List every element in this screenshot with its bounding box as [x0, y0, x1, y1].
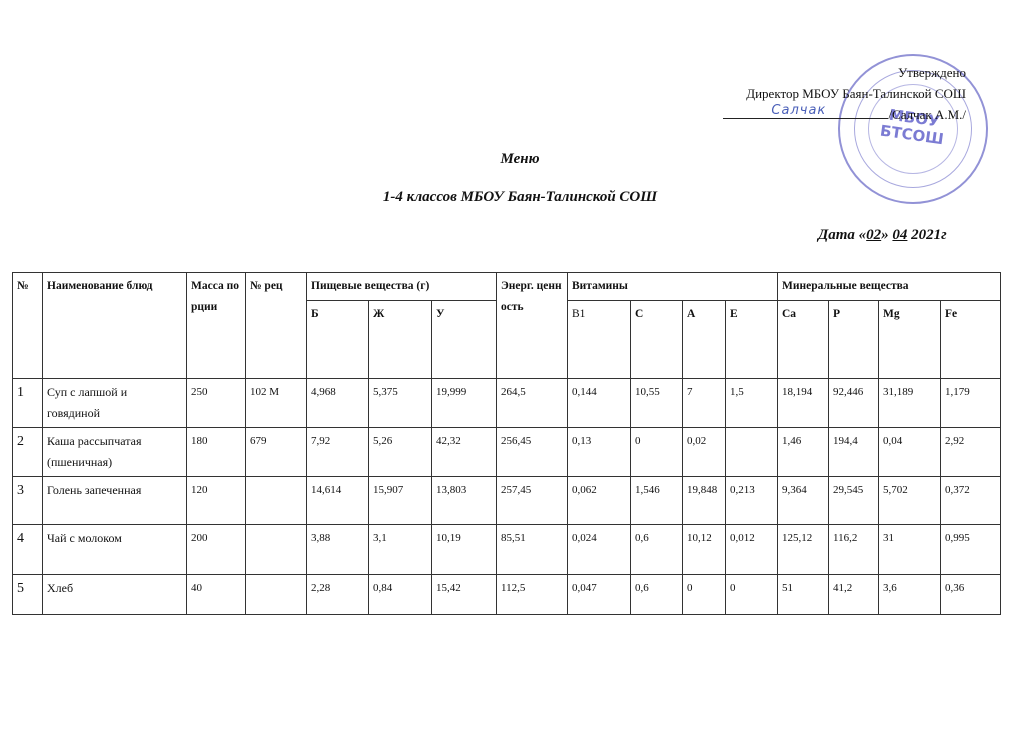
min-ca: 1,46 — [778, 428, 829, 477]
recipe — [246, 525, 307, 575]
table-row: 1 Суп с лапшой и говядиной 250 102 М 4,9… — [13, 379, 1001, 428]
min-ca: 18,194 — [778, 379, 829, 428]
table-row: 5 Хлеб 40 2,28 0,84 15,42 112,5 0,047 0,… — [13, 575, 1001, 615]
fat: 0,84 — [369, 575, 432, 615]
date-month: 04 — [892, 227, 907, 243]
col-b1-header: B1 — [568, 301, 631, 379]
date-mid: » — [881, 227, 892, 243]
col-p-header: P — [829, 301, 879, 379]
energy: 112,5 — [497, 575, 568, 615]
date-prefix: Дата « — [818, 227, 866, 243]
mass: 200 — [187, 525, 246, 575]
vit-e — [726, 428, 778, 477]
vit-a: 10,12 — [683, 525, 726, 575]
fat: 5,375 — [369, 379, 432, 428]
row-num: 2 — [13, 428, 43, 477]
row-num: 5 — [13, 575, 43, 615]
min-p: 29,545 — [829, 477, 879, 525]
signature-line: Салчак /Салчак А.М./ — [723, 104, 966, 125]
nutrients-group-header: Пищевые вещества (г) — [307, 273, 497, 301]
menu-table: № Наименование блюд Масса порции № рец П… — [12, 272, 1001, 615]
col-ca-header: Ca — [778, 301, 829, 379]
vit-c: 0 — [631, 428, 683, 477]
min-mg: 31 — [879, 525, 941, 575]
approved-label: Утверждено — [723, 62, 966, 83]
carbs: 13,803 — [432, 477, 497, 525]
min-p: 116,2 — [829, 525, 879, 575]
carbs: 42,32 — [432, 428, 497, 477]
col-carbs-header: У — [432, 301, 497, 379]
carbs: 19,999 — [432, 379, 497, 428]
signer-name: /Салчак А.М./ — [888, 107, 966, 122]
approval-block: Утверждено Директор МБОУ Баян-Талинской … — [723, 62, 966, 125]
page-subtitle: 1-4 классов МБОУ Баян-Талинской СОШ — [0, 189, 1024, 206]
fat: 5,26 — [369, 428, 432, 477]
col-protein-header: Б — [307, 301, 369, 379]
minerals-group-header: Минеральные вещества — [778, 273, 1001, 301]
min-fe: 2,92 — [941, 428, 1001, 477]
fat: 3,1 — [369, 525, 432, 575]
dish-name: Чай с молоком — [43, 525, 187, 575]
dish-name: Суп с лапшой и говядиной — [43, 379, 187, 428]
vit-c: 0,6 — [631, 525, 683, 575]
vit-e: 1,5 — [726, 379, 778, 428]
protein: 14,614 — [307, 477, 369, 525]
vit-c: 0,6 — [631, 575, 683, 615]
carbs: 10,19 — [432, 525, 497, 575]
vitamins-group-header: Витамины — [568, 273, 778, 301]
energy: 257,45 — [497, 477, 568, 525]
row-num: 1 — [13, 379, 43, 428]
min-fe: 1,179 — [941, 379, 1001, 428]
protein: 2,28 — [307, 575, 369, 615]
dish-name: Каша рассыпчатая (пшеничная) — [43, 428, 187, 477]
vit-a: 19,848 — [683, 477, 726, 525]
col-e-header: E — [726, 301, 778, 379]
col-fat-header: Ж — [369, 301, 432, 379]
min-p: 92,446 — [829, 379, 879, 428]
table-row: 3 Голень запеченная 120 14,614 15,907 13… — [13, 477, 1001, 525]
vit-c: 10,55 — [631, 379, 683, 428]
menu-date: Дата «02» 04 2021г — [818, 227, 947, 244]
carbs: 15,42 — [432, 575, 497, 615]
recipe: 679 — [246, 428, 307, 477]
fat: 15,907 — [369, 477, 432, 525]
mass: 250 — [187, 379, 246, 428]
header-row: № Наименование блюд Масса порции № рец П… — [13, 273, 1001, 301]
col-mg-header: Mg — [879, 301, 941, 379]
min-p: 41,2 — [829, 575, 879, 615]
vit-e: 0,012 — [726, 525, 778, 575]
mass: 180 — [187, 428, 246, 477]
min-mg: 5,702 — [879, 477, 941, 525]
vit-e: 0,213 — [726, 477, 778, 525]
vit-a: 0,02 — [683, 428, 726, 477]
col-fe-header: Fe — [941, 301, 1001, 379]
row-num: 3 — [13, 477, 43, 525]
min-ca: 51 — [778, 575, 829, 615]
energy: 85,51 — [497, 525, 568, 575]
energy: 256,45 — [497, 428, 568, 477]
date-year: 2021г — [907, 227, 946, 243]
director-position: Директор МБОУ Баян-Талинской СОШ — [723, 83, 966, 104]
row-num: 4 — [13, 525, 43, 575]
min-mg: 0,04 — [879, 428, 941, 477]
table-row: 4 Чай с молоком 200 3,88 3,1 10,19 85,51… — [13, 525, 1001, 575]
mass: 120 — [187, 477, 246, 525]
min-mg: 3,6 — [879, 575, 941, 615]
min-fe: 0,36 — [941, 575, 1001, 615]
col-name-header: Наименование блюд — [43, 273, 187, 379]
col-a-header: A — [683, 301, 726, 379]
protein: 7,92 — [307, 428, 369, 477]
col-num-header: № — [13, 273, 43, 379]
min-fe: 0,995 — [941, 525, 1001, 575]
date-day: 02 — [866, 227, 881, 243]
vit-a: 0 — [683, 575, 726, 615]
vit-c: 1,546 — [631, 477, 683, 525]
min-ca: 9,364 — [778, 477, 829, 525]
signature-underline: Салчак — [723, 104, 888, 119]
vit-b1: 0,13 — [568, 428, 631, 477]
min-p: 194,4 — [829, 428, 879, 477]
vit-b1: 0,062 — [568, 477, 631, 525]
col-mass-header: Масса порции — [187, 273, 246, 379]
vit-b1: 0,144 — [568, 379, 631, 428]
min-ca: 125,12 — [778, 525, 829, 575]
vit-a: 7 — [683, 379, 726, 428]
energy: 264,5 — [497, 379, 568, 428]
col-c-header: C — [631, 301, 683, 379]
page-title: Меню — [0, 151, 1024, 168]
mass: 40 — [187, 575, 246, 615]
table-row: 2 Каша рассыпчатая (пшеничная) 180 679 7… — [13, 428, 1001, 477]
protein: 4,968 — [307, 379, 369, 428]
vit-b1: 0,024 — [568, 525, 631, 575]
min-mg: 31,189 — [879, 379, 941, 428]
col-energy-header: Энерг. ценность — [497, 273, 568, 379]
handwritten-signature: Салчак — [771, 100, 826, 121]
recipe — [246, 575, 307, 615]
vit-e: 0 — [726, 575, 778, 615]
vit-b1: 0,047 — [568, 575, 631, 615]
dish-name: Хлеб — [43, 575, 187, 615]
protein: 3,88 — [307, 525, 369, 575]
recipe: 102 М — [246, 379, 307, 428]
min-fe: 0,372 — [941, 477, 1001, 525]
dish-name: Голень запеченная — [43, 477, 187, 525]
recipe — [246, 477, 307, 525]
col-recipe-header: № рец — [246, 273, 307, 379]
